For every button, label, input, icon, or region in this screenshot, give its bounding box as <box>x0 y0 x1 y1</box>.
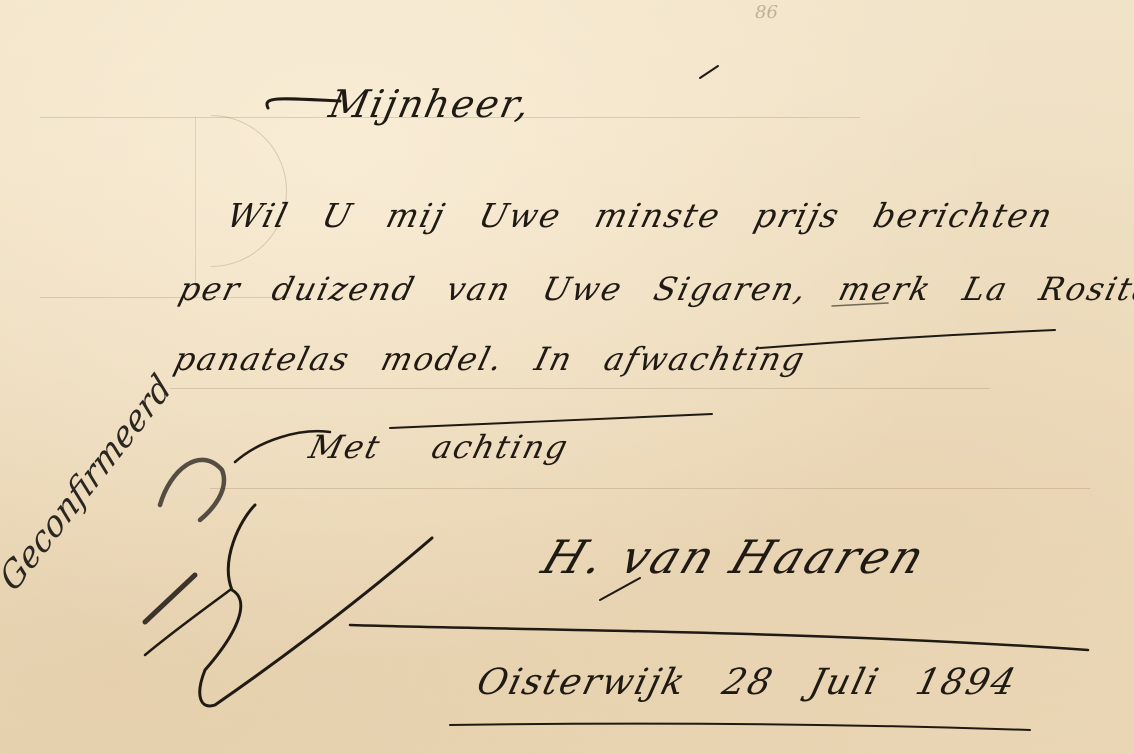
postcard: 86 Mijnheer, Wil U mij Uwe minste prijs … <box>0 0 1134 754</box>
pen-flourishes <box>0 0 1134 754</box>
